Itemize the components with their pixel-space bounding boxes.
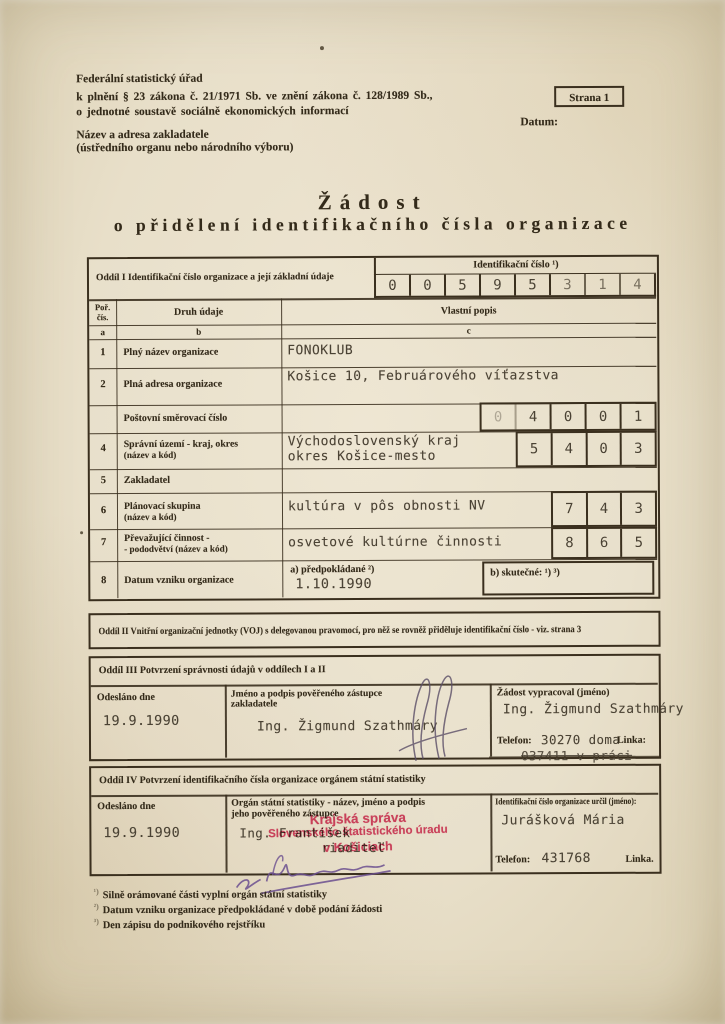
postal-digit: 1 <box>622 404 655 429</box>
row8-num: 8 <box>90 575 117 587</box>
ink-speck <box>80 531 83 534</box>
id-digit: 9 <box>481 274 516 295</box>
section4-linka-label: Linka. <box>625 854 653 866</box>
postal-code-boxes: 0 4 0 0 1 <box>480 402 657 432</box>
agency-name: Federální statistický úřad <box>76 73 203 87</box>
section2-title: Oddíl II Vnitřní organizační jednotky (V… <box>98 624 581 637</box>
form-title: Žádost <box>87 189 659 216</box>
section3-sent-label: Odesláno dne <box>97 692 155 704</box>
footnote-text: Silně orámované části vyplní orgán státn… <box>103 889 327 901</box>
row8-a-label: a) předpokládané ²) <box>290 564 374 576</box>
id-digit: 1 <box>586 274 621 295</box>
row2-label: Plná adresa organizace <box>123 379 222 391</box>
plan-digit: 7 <box>553 493 588 525</box>
row8-label: Datum vzniku organizace <box>124 575 234 587</box>
signature-scribble <box>371 671 471 767</box>
row7-value: osvetové kultúrne činnosti <box>288 534 502 550</box>
section3-phone-label: Telefon: <box>497 735 532 747</box>
section3-prepared-name: Ing. Žigmund Szathmáry <box>503 702 684 718</box>
section4-org-label-line1: Orgán státní statistiky - název, jméno a… <box>231 797 425 809</box>
footnote-line: ²) Datum vzniku organizace předpokládané… <box>94 901 383 917</box>
row1-label: Plný název organizace <box>123 347 218 359</box>
section4-phone-label: Telefon: <box>495 854 530 866</box>
row2-num: 2 <box>89 379 116 391</box>
table-line <box>225 685 227 758</box>
row6-num: 6 <box>90 505 117 517</box>
table-line <box>90 467 657 471</box>
section4-phone: 431768 <box>541 851 590 866</box>
row7-num: 7 <box>90 537 117 549</box>
section4-id-by-label: Identifikační číslo organizace určil (jm… <box>495 796 636 807</box>
section4-title: Oddíl IV Potvrzení identifikačního čísla… <box>99 774 426 787</box>
row5-label: Zakladatel <box>124 475 170 487</box>
table-line <box>89 337 656 341</box>
section1-title: Oddíl I Identifikační číslo organizace a… <box>96 271 334 283</box>
row6-label: Plánovací skupina <box>124 501 201 513</box>
section3-rep-label-line2: zakladatele <box>231 698 277 709</box>
activity-digit: 6 <box>588 529 623 557</box>
activity-digit: 5 <box>622 529 655 557</box>
footnote-marker: ²) <box>94 902 99 911</box>
col-header-kind: Druh údaje <box>116 306 281 318</box>
form-subtitle: o přidělení identifikačního čísla organi… <box>87 213 659 236</box>
row7-label: Převažující činnost - <box>124 533 209 545</box>
row4-label: Správní území - kraj, okres <box>124 439 238 451</box>
founder-label-line2: (ústředního organu nebo národního výboru… <box>76 141 293 155</box>
page-number-box: Strana 1 <box>554 86 624 107</box>
section3-title: Oddíl III Potvrzení správnosti údajů v o… <box>99 664 326 676</box>
footnote-marker: ³) <box>94 917 99 926</box>
activity-code-boxes: 8 6 5 <box>551 527 657 559</box>
plan-digit: 4 <box>588 493 623 525</box>
col-header-desc: Vlastní popis <box>281 305 656 318</box>
section3-prepared-label: Žádost vypracoval (jméno) <box>497 687 610 699</box>
row5-num: 5 <box>90 475 117 487</box>
activity-digit: 8 <box>553 529 588 557</box>
row3-label: Poštovní směrovací číslo <box>124 413 228 425</box>
section4-id-by-name: Jurášková Mária <box>501 813 624 829</box>
row4-value-line1: Východoslovenský kraj <box>288 434 461 450</box>
founder-label-line1: Název a adresa zakladatele <box>76 129 208 143</box>
law-reference-line2: o jednotné soustavě sociálně ekonomickýc… <box>76 105 348 119</box>
footnote-line: ¹) Silně orámované části vyplní orgán st… <box>94 886 383 902</box>
footnote-text: Den zápisu do podnikového rejstříku <box>103 919 265 931</box>
row2-value: Košice 10, Februárového víťazstva <box>287 368 559 384</box>
row1-num: 1 <box>89 347 116 359</box>
id-number-boxes: 0 0 5 9 5 3 1 4 <box>374 274 656 298</box>
plan-group-boxes: 7 4 3 <box>551 491 657 527</box>
footnote-line: ³) Den zápisu do podnikového rejstříku <box>94 916 383 932</box>
table-line <box>490 683 492 756</box>
id-number-label: Identifikační číslo ¹) <box>376 257 656 272</box>
footnotes: ¹) Silně orámované části vyplní orgán st… <box>94 886 383 932</box>
region-code-boxes: 5 4 0 3 <box>516 431 657 468</box>
id-digit: 0 <box>376 275 411 296</box>
postal-digit: 0 <box>482 404 517 429</box>
row8-b-box: b) skutečné: ¹) ³) <box>482 561 654 596</box>
section4-sent-date: 19.9.1990 <box>103 825 180 841</box>
footnote-text: Datum vzniku organizace předpokládané v … <box>103 904 383 916</box>
row8-a-value: 1.10.1990 <box>295 576 372 592</box>
table-line <box>490 793 492 871</box>
row6-value: kultúra v pôs obnosti NV <box>288 498 486 514</box>
section3-sent-date: 19.9.1990 <box>103 713 180 729</box>
section3-table: Oddíl III Potvrzení správnosti údajů v o… <box>89 654 661 761</box>
section4-sent-label: Odesláno dne <box>97 801 155 813</box>
postal-digit: 0 <box>552 404 587 429</box>
region-digit: 3 <box>622 433 655 465</box>
page-number-label: Strana 1 <box>569 92 609 104</box>
id-digit: 5 <box>516 274 551 295</box>
col-letter-a: a <box>89 327 116 337</box>
ink-speck <box>320 46 324 50</box>
id-number-header-cell: Identifikační číslo ¹) <box>374 257 656 275</box>
postal-digit: 4 <box>517 404 552 429</box>
id-digit: 5 <box>446 274 481 295</box>
plan-digit: 3 <box>622 493 655 525</box>
id-digit: 3 <box>551 274 586 295</box>
region-digit: 4 <box>552 433 587 465</box>
id-digit: 0 <box>411 275 446 296</box>
row7-label2: - pododvětví (název a kód) <box>124 544 228 555</box>
section3-linka-label: Linka: <box>617 735 646 747</box>
law-reference-line1: k plnění § 23 zákona č. 21/1971 Sb. ve z… <box>76 90 432 105</box>
row4-num: 4 <box>90 443 117 455</box>
table-line <box>281 298 284 597</box>
region-digit: 5 <box>518 433 553 465</box>
col-letter-b: b <box>116 326 281 337</box>
row6-label2: (název a kód) <box>124 512 177 523</box>
region-digit: 0 <box>587 433 622 465</box>
col-letter-c: c <box>281 325 656 337</box>
row4-value-line2: okres Košice-mesto <box>288 449 436 465</box>
table-line <box>89 297 656 301</box>
paper-content: Federální statistický úřad k plnění § 23… <box>0 0 725 1024</box>
section2-bar: Oddíl II Vnitřní organizační jednotky (V… <box>88 611 660 649</box>
date-label: Datum: <box>520 116 558 129</box>
footnote-marker: ¹) <box>94 887 99 896</box>
section1-table: Oddíl I Identifikační číslo organizace a… <box>87 255 660 601</box>
row1-value: FONOKLUB <box>287 343 353 358</box>
row8-b-label: b) skutečné: ¹) ³) <box>484 563 652 579</box>
scanned-form-page: Federální statistický úřad k plnění § 23… <box>0 0 725 1024</box>
col-header-num-2: čís. <box>89 313 116 323</box>
postal-digit: 0 <box>587 404 622 429</box>
id-digit: 4 <box>621 274 654 295</box>
row4-label2: (název a kód) <box>124 450 177 461</box>
section3-phone-home: 30270 doma <box>541 732 620 747</box>
